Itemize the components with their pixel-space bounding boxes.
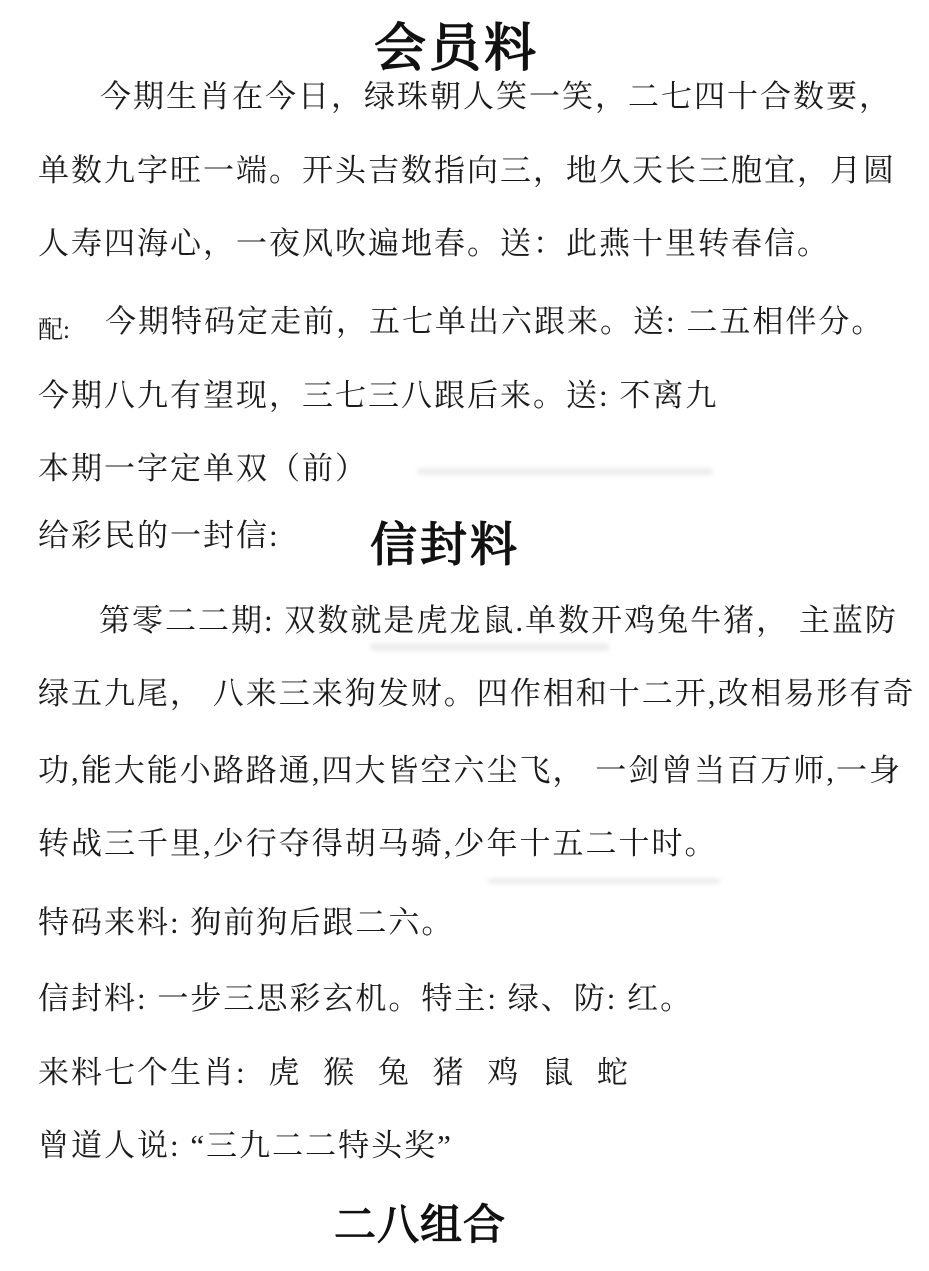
pei-line: 今期特码定走前，五七单出六跟来。送: 二五相伴分。: [105, 304, 884, 340]
paragraph2-line2: 绿五九尾， 八来三来狗发财。四作相和十二开,改相易形有奇: [38, 676, 916, 712]
paragraph1-line2: 单数九字旺一端。开头吉数指向三，地久天长三胞宜，月圆: [38, 153, 896, 189]
eight-nine-line: 今期八九有望现，三七三八跟后来。送: 不离九: [38, 378, 718, 414]
heading-two-eight-combo: 二八组合: [334, 1192, 506, 1252]
zengdao-line: 曾道人说: “三九二二特头奖”: [38, 1128, 453, 1164]
heading-member-material: 会员料: [374, 6, 539, 81]
zodiac-line: 来料七个生肖: 虎 猴 兔 猪 鸡 鼠 蛇: [38, 1055, 630, 1091]
paragraph2-line1: 第零二二期: 双数就是虎龙鼠.单数开鸡兔牛猪， 主蓝防: [99, 603, 898, 639]
paragraph2-line4: 转战三千里,少行夺得胡马骑,少年十五二十时。: [38, 826, 718, 862]
xinfeng-line: 信封料: 一步三思彩玄机。特主: 绿、防: 红。: [38, 981, 693, 1017]
scanned-document-page: 会员料 今期生肖在今日，绿珠朝人笑一笑，二七四十合数要， 单数九字旺一端。开头吉…: [0, 0, 929, 1271]
pei-label: 配:: [38, 310, 70, 346]
paragraph1-line1: 今期生肖在今日，绿珠朝人笑一笑，二七四十合数要，: [100, 79, 892, 115]
paragraph2-line3: 功,能大能小路路通,四大皆空六尘飞， 一剑曾当百万师,一身: [38, 753, 902, 789]
scan-smudge-2: [370, 643, 610, 651]
scan-smudge-1: [417, 468, 713, 475]
tema-line: 特码来料: 狗前狗后跟二六。: [38, 905, 454, 941]
letter-label: 给彩民的一封信:: [38, 518, 280, 554]
danshuang-line: 本期一字定单双（前）: [38, 451, 368, 487]
scan-smudge-3: [488, 878, 720, 884]
heading-envelope-material: 信封料: [370, 508, 520, 575]
paragraph1-line3: 人寿四海心，一夜风吹遍地春。送：此燕十里转春信。: [38, 226, 830, 262]
